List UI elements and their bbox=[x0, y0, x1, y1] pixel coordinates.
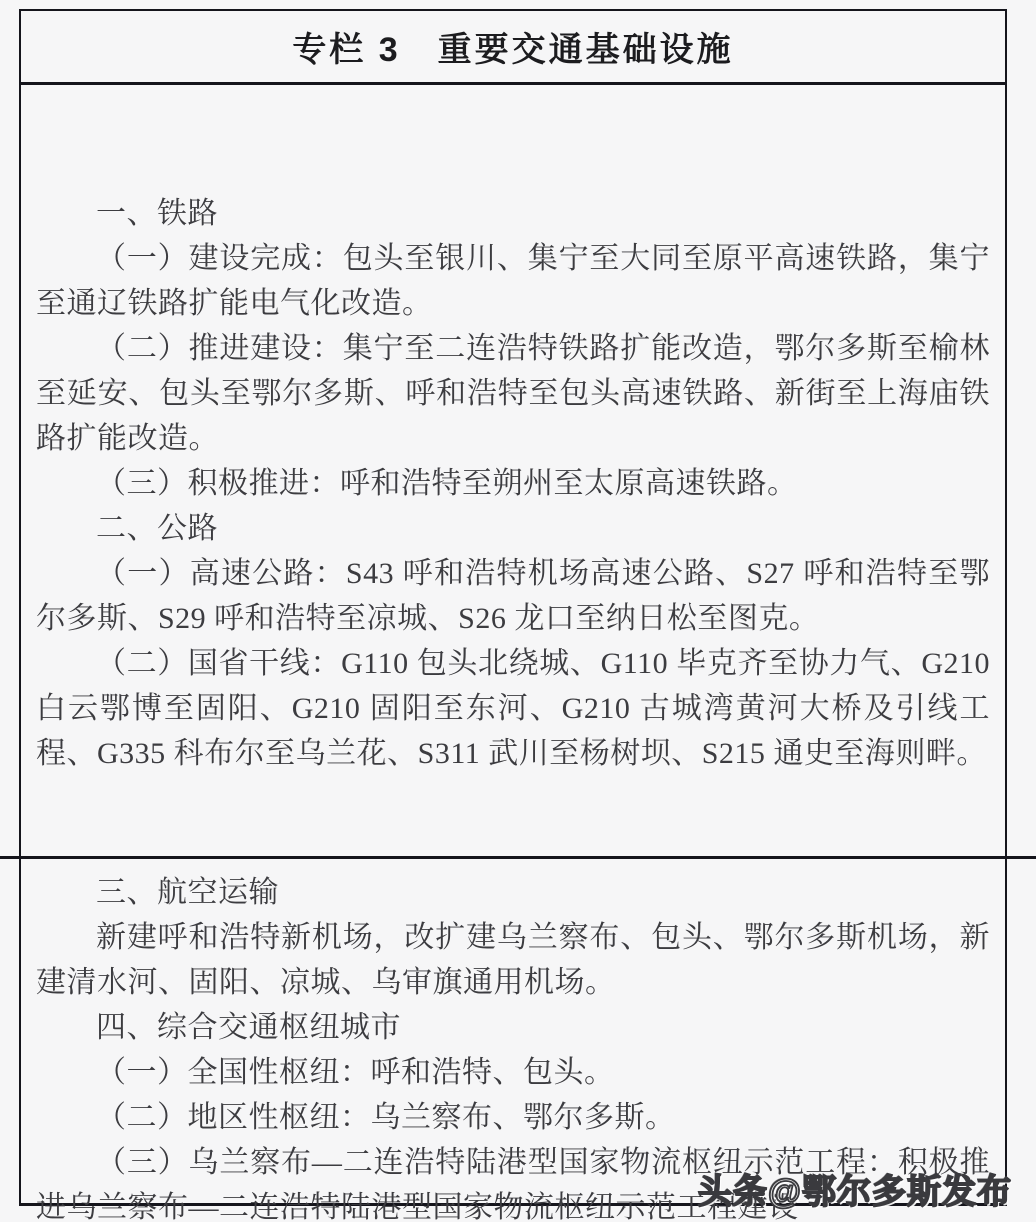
section-heading-aviation: 三、航空运输 bbox=[36, 870, 990, 915]
panel-border-box: 专栏 3 重要交通基础设施 一、铁路 （一）建设完成：包头至银川、集宁至大同至原… bbox=[19, 9, 1007, 1206]
hub-regional-paragraph: （二）地区性枢纽：乌兰察布、鄂尔多斯。 bbox=[36, 1095, 990, 1140]
toutiao-watermark: 头条@鄂尔多斯发布 bbox=[698, 1164, 1012, 1213]
content-upper: 一、铁路 （一）建设完成：包头至银川、集宁至大同至原平高速铁路，集宁至通辽铁路扩… bbox=[21, 85, 1005, 776]
highway-trunk-lines-paragraph: （二）国省干线：G110 包头北绕城、G110 毕克齐至协力气、G210 白云鄂… bbox=[36, 641, 990, 776]
document-page: 专栏 3 重要交通基础设施 一、铁路 （一）建设完成：包头至银川、集宁至大同至原… bbox=[0, 0, 1036, 1222]
panel-title: 专栏 3 重要交通基础设施 bbox=[292, 22, 733, 71]
section-heading-railway: 一、铁路 bbox=[36, 191, 990, 236]
aviation-paragraph: 新建呼和浩特新机场，改扩建乌兰察布、包头、鄂尔多斯机场，新建清水河、固阳、凉城、… bbox=[36, 915, 990, 1005]
highway-expressway-paragraph: （一）高速公路：S43 呼和浩特机场高速公路、S27 呼和浩特至鄂尔多斯、S29… bbox=[36, 551, 990, 641]
page-seam-divider bbox=[0, 856, 1036, 859]
section-heading-highway: 二、公路 bbox=[36, 506, 990, 551]
railway-advancing-paragraph: （二）推进建设：集宁至二连浩特铁路扩能改造，鄂尔多斯至榆林至延安、包头至鄂尔多斯… bbox=[36, 326, 990, 461]
panel-title-bar: 专栏 3 重要交通基础设施 bbox=[21, 11, 1005, 85]
hub-national-paragraph: （一）全国性枢纽：呼和浩特、包头。 bbox=[36, 1050, 990, 1095]
railway-completed-paragraph: （一）建设完成：包头至银川、集宁至大同至原平高速铁路，集宁至通辽铁路扩能电气化改… bbox=[36, 236, 990, 326]
section-heading-hub-cities: 四、综合交通枢纽城市 bbox=[36, 1005, 990, 1050]
railway-actively-promoting-paragraph: （三）积极推进：呼和浩特至朔州至太原高速铁路。 bbox=[36, 461, 990, 506]
